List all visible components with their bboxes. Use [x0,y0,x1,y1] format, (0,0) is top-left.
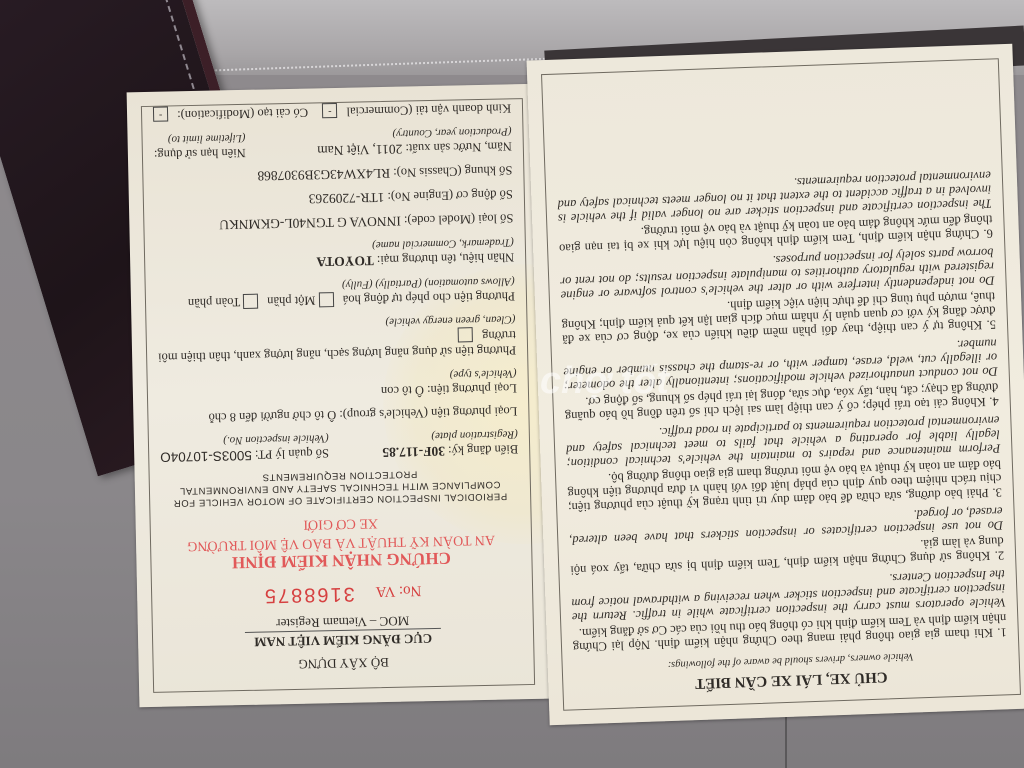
rule-item: 6. Chứng nhận kiểm định, Tem kiểm định k… [557,169,993,256]
year-value: 2011, Việt Nam [317,141,402,158]
engine-label: Số động cơ (Engine No): [387,187,513,204]
partial-checkbox [318,292,333,307]
automation-row: Phương tiện cho phép tự động hoá Một phầ… [157,273,516,311]
agency: CỤC ĐĂNG KIỂM VIỆT NAM [164,629,522,651]
mark-label: Nhãn hiệu, tên thương mại: [377,250,515,267]
automation-hint: (Allows automation) [424,275,514,289]
year-label: Năm, Nước sản xuất: [405,139,512,155]
lifetime-label: Niên hạn sử dụng: [154,146,246,162]
agency-en: MOC – Vietnam Register [244,613,441,633]
group-label: Loại phương tiện (Vehicle's group): [339,404,517,422]
type-value: Ô tô con [381,383,424,398]
type-row: Loại phương tiện: Ô tô con (Vehicle's ty… [158,365,517,402]
group-row: Loại phương tiện (Vehicle's group): Ô tô… [159,403,517,425]
inspection-no-value: 5003S-10704O [160,448,252,465]
plate-hint: (Registration plate) [382,426,518,444]
full-checkbox [243,293,258,308]
chassis-value: RL4XW43G3B9307868 [257,166,390,184]
rule-item: 2. Không sử dụng Chứng nhận kiểm định, T… [569,504,1005,577]
cert-no-label: No: VA [376,582,421,599]
certificate-front-page: BỘ XÂY DỰNG CỤC ĐĂNG KIỂM VIỆT NAM MOC –… [127,84,550,707]
certificate-content: BỘ XÂY DỰNG CỤC ĐĂNG KIỂM VIỆT NAM MOC –… [153,108,523,682]
full-label: Toàn phần [188,295,241,310]
commercial-row: Kinh doanh vận tải (Commercial - Có cải … [153,99,511,122]
plate-row: Biển đăng ký: 30F-117.85 (Registration p… [160,426,519,464]
type-label: Loại phương tiện: [427,381,517,397]
engine-row: Số động cơ (Engine No): 1TR-7209263 [155,186,513,209]
certificate-number: No: VA 3168875 [163,580,521,604]
modification-checkbox: - [153,107,168,122]
engine-value: 1TR-7209263 [308,190,384,207]
full-hint: (Fully) [342,278,373,291]
rule-item: 1. Khi tham gia giao thông phải mang the… [571,567,1007,654]
model-label: Số loại (Model code): [404,211,514,227]
mark-row: Nhãn hiệu, tên thương mại: TOYOTA (Trade… [156,234,515,272]
rule-item: 5. Không tự ý can thiệp, thay đổi phần m… [560,246,997,347]
certificate-title-en: PERIODICAL INSPECTION CERTIFICATE OF MOT… [161,465,520,508]
model-value: INNOVA G TGN40L-GKMNKU [219,213,401,232]
group-value: Ô tô chở người đến 8 chỗ [208,408,336,425]
green-checkbox [458,328,473,343]
lifetime-hint: (Lifetime limit to) [153,130,245,147]
partial-label: Một phần [267,294,316,309]
commercial-label: Kinh doanh vận tải (Commercial [346,101,511,118]
commercial-checkbox: - [322,103,337,118]
model-row: Số loại (Model code): INNOVA G TGN40L-GK… [155,210,513,233]
mark-value: TOYOTA [316,253,374,269]
inspection-no-label: Số quản lý PT: [255,446,329,462]
year-row: Năm, Nước sản xuất: 2011, Việt Nam (Prod… [153,123,512,161]
ministry: BỘ XÂY DỰNG [164,652,522,674]
chassis-row: Số khung (Chassis No): RL4XW43G3B9307868 [154,162,512,185]
plate-label: Biển đăng ký: [448,442,518,457]
plate-value: 30F-117.85 [382,444,445,460]
partial-hint: (Partially) [375,277,422,290]
automation-label: Phương tiện cho phép tự động hoá [343,290,515,308]
rule-item: 3. Phải bảo dưỡng, sửa chữa để bảo đảm d… [565,413,1002,514]
marketplace-watermark: chợ tốt [540,360,669,403]
cert-no-value: 3168875 [263,583,355,607]
chassis-label: Số khung (Chassis No): [393,163,512,179]
green-row: Phương tiện sử dụng năng lượng sạch, năn… [157,312,516,365]
modification-label: Có cải tạo (Modification): [177,105,308,122]
